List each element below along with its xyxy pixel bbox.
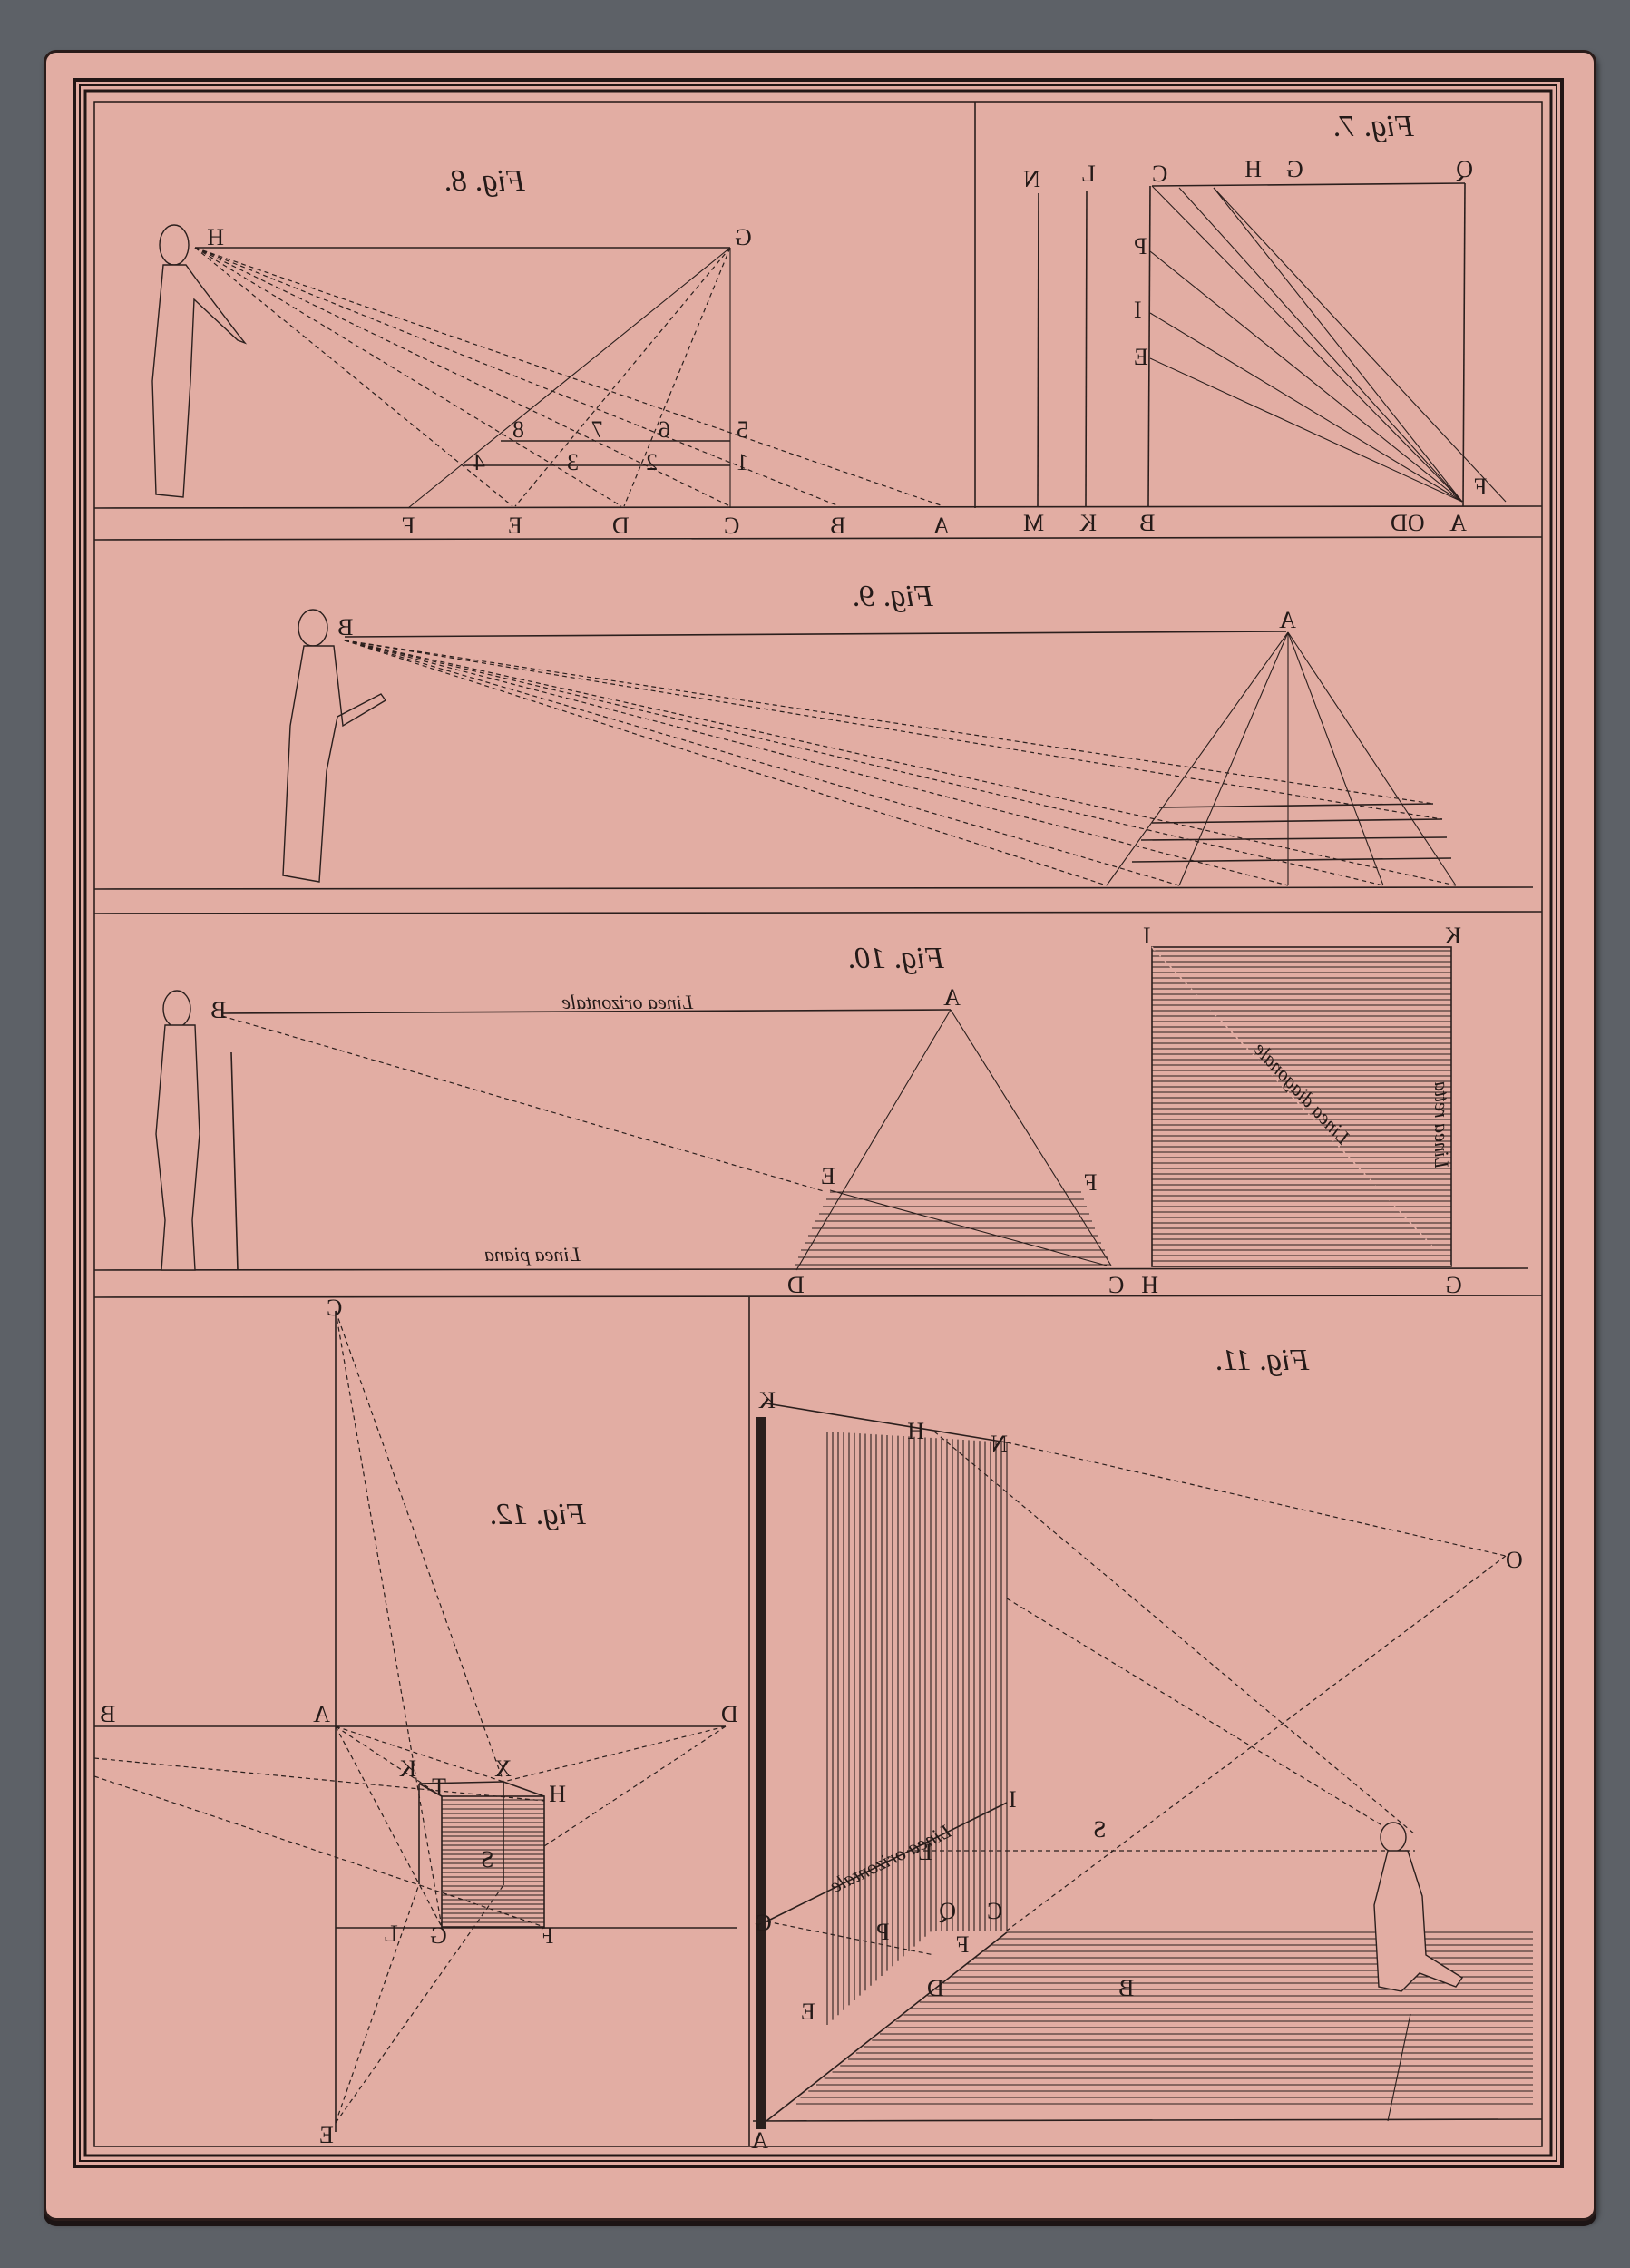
figure-9: Fig. 9. A B — [283, 580, 1456, 885]
fig8-num-4: 4 — [473, 449, 485, 475]
fig12-label-l: L — [384, 1921, 398, 1947]
fig11-label-q: Q — [939, 1898, 956, 1924]
fig8-num-2: 2 — [646, 449, 658, 475]
fig11-label-a: A — [751, 2127, 768, 2154]
fig7-label-p: P — [1134, 233, 1147, 259]
kneeling-figure — [1374, 1823, 1462, 1991]
fig8-label-e: E — [508, 513, 522, 539]
fig12-label-b: B — [100, 1701, 115, 1727]
fig12-label-x: X — [494, 1755, 512, 1782]
fig7-label-c: C — [1152, 161, 1167, 187]
standing-figure-pointing — [283, 610, 386, 882]
fig10-label-k: K — [1444, 923, 1461, 949]
fig8-num-8: 8 — [512, 416, 524, 443]
standing-figure-observer — [152, 225, 245, 497]
fig7-label-n: N — [1023, 166, 1040, 192]
fig8-title: Fig. 8. — [444, 164, 526, 198]
fig10-label-e: E — [821, 1163, 835, 1189]
fig12-label-k: K — [399, 1755, 416, 1782]
fig7-label-od: OD — [1391, 510, 1425, 536]
fig11-label-n: N — [991, 1431, 1008, 1457]
fig7-label-q: Q — [1456, 156, 1473, 182]
fig9-label-a: A — [1279, 607, 1296, 633]
fig7-label-m: M — [1023, 510, 1044, 536]
figure-12: Fig. 12. C B A D K X T H S L G F E — [94, 1295, 738, 2148]
fig8-label-b: B — [830, 513, 845, 539]
fig12-label-h: H — [549, 1781, 566, 1807]
fig7-label-i: I — [1134, 297, 1142, 323]
fig11-label-k: K — [758, 1387, 776, 1413]
fig10-label-f: F — [1084, 1169, 1097, 1196]
fig10-text-linea-retta: Linea retta — [1430, 1081, 1453, 1169]
figure-10: Fig. 10. A B E F D C H G I — [156, 923, 1462, 1298]
fig7-title: Fig. 7. — [1332, 110, 1415, 143]
fig12-label-t: T — [432, 1774, 446, 1800]
figure-7: Fig. 7. Q G H C L N P I E F A OD B K M — [1023, 110, 1506, 536]
fig8-label-a: A — [932, 513, 950, 539]
fig10-label-i: I — [1143, 923, 1151, 949]
fig11-label-h: H — [907, 1418, 924, 1444]
fig7-label-a: A — [1449, 510, 1467, 536]
fig12-label-a: A — [313, 1701, 330, 1727]
fig11-wall-hatching — [827, 1432, 1007, 2025]
fig10-text-linea-piana: Linea piana — [484, 1243, 581, 1266]
fig8-num-3: 3 — [567, 449, 579, 475]
fig11-label-s: S — [1093, 1816, 1106, 1843]
fig7-label-f: F — [1474, 474, 1487, 500]
fig8-label-h: H — [207, 224, 224, 250]
fig11-scale-bar — [756, 1417, 766, 2129]
fig11-label-f: F — [956, 1931, 969, 1958]
fig8-label-d: D — [612, 513, 630, 539]
fig11-label-o: O — [1506, 1547, 1523, 1573]
fig12-label-d: D — [721, 1701, 738, 1727]
fig9-title: Fig. 9. — [852, 580, 934, 613]
fig12-title: Fig. 12. — [489, 1498, 587, 1531]
fig11-label-e: E — [801, 1999, 815, 2025]
figure-8: Fig. 8. H G A B C D E F 1 2 3 4 5 6 7 — [152, 164, 950, 539]
fig10-label-b: B — [210, 997, 226, 1023]
fig11-label-d: D — [927, 1975, 944, 2001]
standing-figure-with-staff — [156, 991, 238, 1270]
fig10-label-h: H — [1141, 1272, 1158, 1298]
fig7-label-k: K — [1079, 510, 1097, 536]
fig7-label-g: G — [1286, 156, 1303, 182]
fig7-label-l: L — [1081, 161, 1096, 187]
fig8-label-g: G — [735, 224, 752, 250]
fig12-label-s: S — [481, 1846, 493, 1872]
figure-11: Fig. 11. K H N O I L S G Q C P F D E B A… — [751, 1344, 1533, 2154]
fig7-label-e: E — [1134, 344, 1148, 370]
fig12-label-f: F — [541, 1922, 553, 1949]
fig11-label-p: P — [876, 1919, 889, 1945]
fig12-label-g: G — [430, 1922, 447, 1949]
fig10-label-g: G — [1445, 1272, 1462, 1298]
fig11-label-i: I — [1009, 1786, 1017, 1813]
fig10-label-c: C — [1108, 1272, 1124, 1298]
fig8-label-f: F — [402, 513, 415, 539]
fig11-label-c: C — [987, 1898, 1002, 1924]
fig9-label-b: B — [337, 614, 353, 640]
fig11-label-b: B — [1118, 1975, 1134, 2001]
fig10-title: Fig. 10. — [847, 942, 945, 975]
fig8-num-1: 1 — [737, 449, 748, 475]
fig12-label-e: E — [319, 2122, 334, 2148]
fig11-title: Fig. 11. — [1215, 1344, 1310, 1377]
fig8-label-c: C — [724, 513, 739, 539]
fig7-label-h: H — [1244, 156, 1262, 182]
fig10-label-d: D — [787, 1272, 805, 1298]
fig10-label-a: A — [943, 984, 961, 1011]
fig8-num-6: 6 — [659, 416, 670, 443]
fig12-label-c: C — [327, 1295, 342, 1321]
fig8-num-7: 7 — [591, 416, 603, 443]
fig10-text-linea-orizontale: Linea orizontale — [561, 991, 694, 1013]
fig7-label-b: B — [1139, 510, 1155, 536]
fig11-label-g: G — [755, 1910, 772, 1936]
engraving-canvas: Fig. 7. Q G H C L N P I E F A OD B K M F… — [0, 0, 1630, 2268]
fig8-num-5: 5 — [737, 416, 748, 443]
